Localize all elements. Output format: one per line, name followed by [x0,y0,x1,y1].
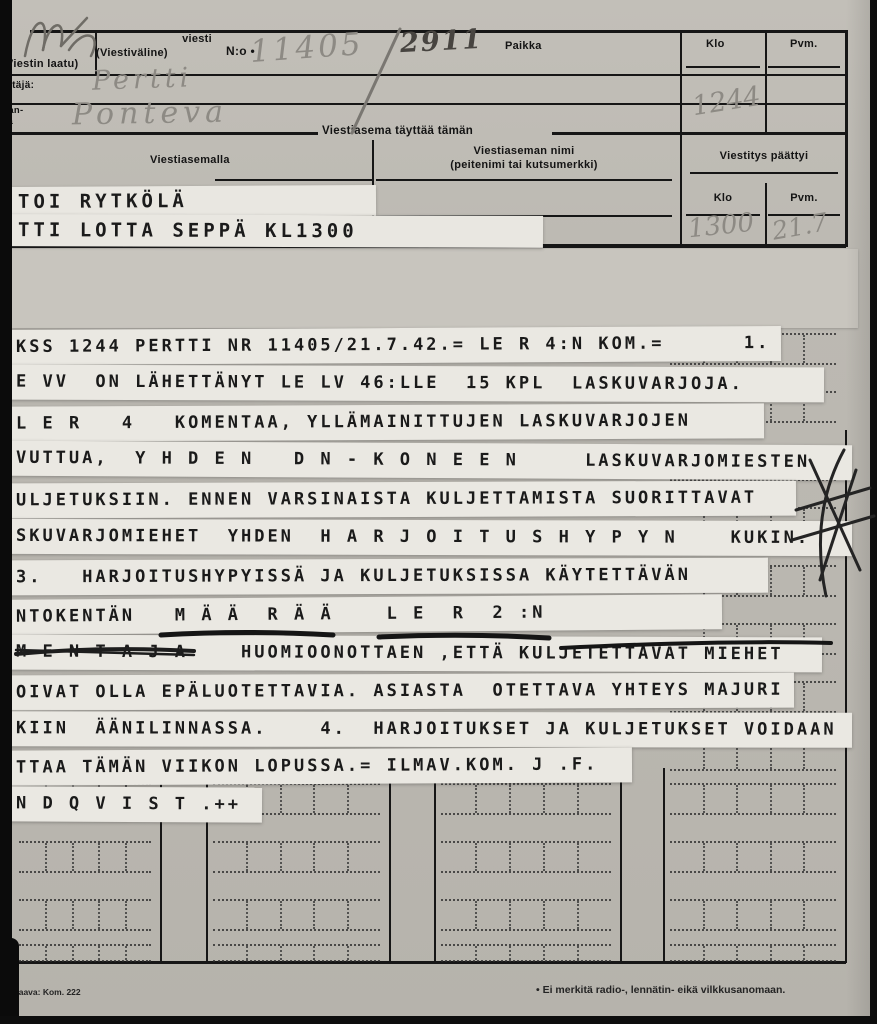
grid-box [19,944,151,962]
message-line-12: TTAA TÄMÄN VIIKON LOPUSSA.= ILMAV.KOM. J… [10,747,632,785]
line-text: ULJETUKSIIN. ENNEN VARSINAISTA KULJETTAM… [16,488,757,511]
grid-box [670,944,836,962]
grid-box [213,841,380,873]
rule [765,183,767,247]
grid-cell-divider [98,843,100,871]
grid-cell-divider [475,946,477,960]
rule [552,132,846,135]
message-line-6: SKUVARJOMIEHET YHDEN H A R J O I T U S H… [10,519,852,556]
field-label-klo: Klo [706,38,725,50]
grid-box [670,899,836,931]
grid-cell-divider [703,901,705,929]
grid-cell-divider [72,843,74,871]
grid-cell-divider [45,901,47,929]
grid-cell-divider [543,901,545,929]
grid-cell-divider [313,843,315,871]
grid-cell-divider [280,843,282,871]
grid-cell-divider [45,946,47,960]
grid-cell-divider [72,901,74,929]
station-pvm-label: Pvm. [768,192,840,204]
grid-cell-divider [509,843,511,871]
grid-cell-divider [98,901,100,929]
grid-cell-divider [803,946,805,960]
grid-cell-divider [736,946,738,960]
scan-left-edge-bottom [0,938,19,1024]
grid-cell-divider [803,843,805,871]
scan-bottom-edge [0,1016,877,1024]
grid-cell-divider [770,843,772,871]
grid-box [441,899,611,931]
line-text: VUTTUA, Y H D E N D N - K O N E E N LASK… [16,448,810,472]
message-line-2: E VV ON LÄHETTÄNYT LE LV 46:LLE 15 KPL L… [10,365,824,403]
grid-cell-divider [770,567,772,595]
line-text: N D Q V I S T .++ [16,793,241,814]
grid-cell-divider [280,785,282,813]
line-text: OIVAT OLLA EPÄLUOTETTAVIA. ASIASTA OTETT… [16,680,784,703]
grid-cell-divider [543,843,545,871]
rule [765,30,767,133]
grid-cell-divider [475,785,477,813]
grid-cell-divider [509,901,511,929]
handwritten-sender: Pertti [91,62,192,96]
grid-cell-divider [803,683,805,711]
handwritten-message-number2: 2911 [399,24,484,59]
grid-box [441,783,611,815]
grid-cell-divider [347,901,349,929]
grid-cell-divider [736,901,738,929]
pencil-slash-mark [340,25,410,137]
grid-cell-divider [72,946,74,960]
pencil-scribble-initials [15,4,145,66]
message-line-10: OIVAT OLLA EPÄLUOTETTAVIA. ASIASTA OTETT… [10,673,794,711]
grid-box [441,944,611,962]
grid-cell-divider [98,946,100,960]
grid-cell-divider [577,901,579,929]
grid-cell-divider [803,785,805,813]
grid-box [441,841,611,873]
grid-cell-divider [703,785,705,813]
grid-cell-divider [246,843,248,871]
grid-cell-divider [509,946,511,960]
grid-cell-divider [280,901,282,929]
rule [845,30,848,247]
grid-cell-divider [313,901,315,929]
station-strip-operator-1: TOI RYTKÖLÄ [10,185,376,217]
scan-left-edge [0,0,12,1024]
station-klo-label: Klo [686,192,760,204]
grid-cell-divider [736,843,738,871]
message-line-3: L E R 4 KOMENTAA, YLLÄMAINITTUJEN LASKUV… [10,403,764,441]
grid-cell-divider [543,785,545,813]
grid-cell-divider [475,901,477,929]
message-line-4: VUTTUA, Y H D E N D N - K O N E E N LASK… [10,441,852,480]
grid-cell-divider [770,901,772,929]
telegram-form-scan: (Viestin laatu) viesti (Viestiväline) N:… [0,0,877,1024]
grid-cell-divider [509,785,511,813]
grid-cell-divider [313,946,315,960]
grid-cell-divider [577,843,579,871]
grid-cell-divider [577,946,579,960]
grid-cell-divider [475,843,477,871]
rule [620,768,622,964]
rule [376,179,672,181]
grid-cell-divider [703,946,705,960]
line-text: KSS 1244 PERTTI NR 11405/21.7.42.= LE R … [16,333,770,357]
message-line-5: ULJETUKSIIN. ENNEN VARSINAISTA KULJETTAM… [10,481,796,519]
grid-cell-divider [803,901,805,929]
line-text: KIIN ÄÄNILINNASSA. 4. HARJOITUKSET JA KU… [16,718,837,739]
grid-box [670,841,836,873]
line-text: 3. HARJOITUSHYPYISSÄ JA KULJETUKSISSA KÄ… [16,565,691,587]
grid-cell-divider [543,946,545,960]
grid-box [19,841,151,873]
col-label-viestiasemalla: Viestiasemalla [150,154,230,166]
message-line-11: KIIN ÄÄNILINNASSA. 4. HARJOITUKSET JA KU… [10,711,852,747]
grid-cell-divider [703,843,705,871]
message-line-7: 3. HARJOITUSHYPYISSÄ JA KULJETUKSISSA KÄ… [10,558,768,596]
rule [434,768,436,964]
rule [768,66,840,68]
grid-box [19,899,151,931]
rule [215,179,372,181]
grid-box [670,783,836,815]
message-line-1: KSS 1244 PERTTI NR 11405/21.7.42.= LE R … [10,326,781,365]
pencil-crosshatch-mark [788,448,877,603]
grid-cell-divider [246,946,248,960]
message-line-13: N D Q V I S T .++ [10,786,262,822]
grid-box [213,899,380,931]
grid-cell-divider [803,335,805,363]
rule [663,768,665,964]
grid-cell-divider [770,785,772,813]
form-code: kaava: Kom. 222 [14,987,81,997]
rule [389,768,391,964]
grid-cell-divider [246,901,248,929]
pencil-underlines [155,626,845,656]
station-strip-operator-2: TTI LOTTA SEPPÄ KL1300 [10,214,543,248]
grid-cell-divider [347,843,349,871]
grid-cell-divider [125,946,127,960]
footnote: • Ei merkitä radio-, lennätin- eikä vilk… [536,984,785,996]
line-text: NTOKENTÄN M Ä Ä R Ä Ä L E R 2 :N [16,603,546,627]
grid-cell-divider [45,843,47,871]
grid-cell-divider [347,946,349,960]
grid-cell-divider [313,785,315,813]
handwritten-receiver: Ponteva [72,95,229,133]
col-label-aseman-nimi-2: (peitenimi tai kutsumerkki) [376,159,672,171]
line-text: TTAA TÄMÄN VIIKON LOPUSSA.= ILMAV.KOM. J… [16,755,598,778]
grid-cell-divider [280,946,282,960]
col-label-aseman-nimi-1: Viestiaseman nimi [376,145,672,157]
grid-cell-divider [577,785,579,813]
rule [686,66,760,68]
grid-cell-divider [347,785,349,813]
grid-box [213,944,380,962]
grid-cell-divider [770,946,772,960]
rule [680,30,682,247]
line-text: L E R 4 KOMENTAA, YLLÄMAINITTUJEN LASKUV… [16,411,691,434]
line-text: E VV ON LÄHETTÄNYT LE LV 46:LLE 15 KPL L… [16,372,744,395]
rule [690,172,838,174]
pasted-blank-strip [12,249,858,328]
grid-cell-divider [736,785,738,813]
field-label-paikka: Paikka [505,40,542,52]
grid-cell-divider [125,901,127,929]
field-label-pvm: Pvm. [790,38,818,50]
rule [12,132,318,135]
line-text: SKUVARJOMIEHET YHDEN H A R J O I T U S H… [16,526,810,548]
col-label-viestitys-paattyi: Viestitys päättyi [690,150,838,162]
grid-cell-divider [125,843,127,871]
